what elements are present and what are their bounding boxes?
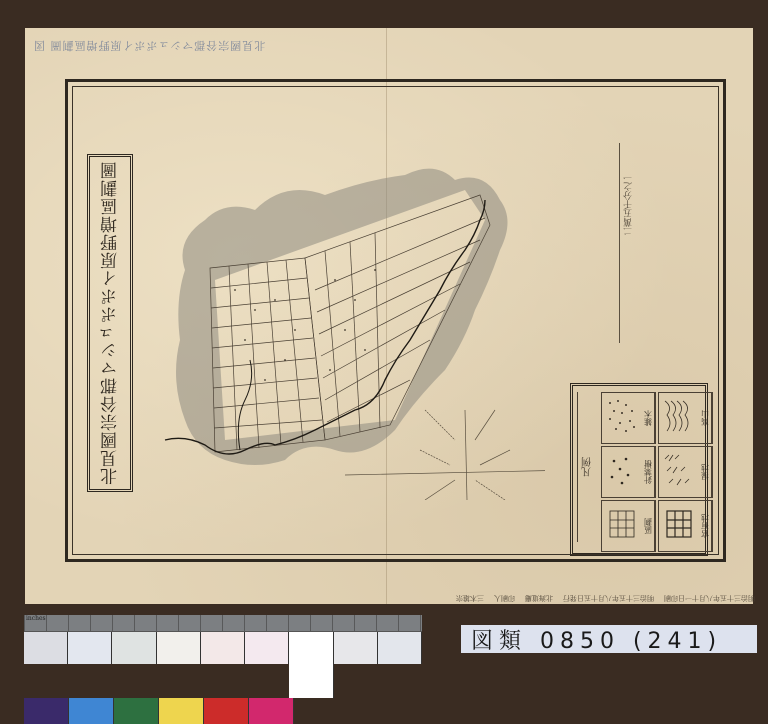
legend-label: 高山 xyxy=(699,393,712,443)
scale-text: 二萬五千分之一 xyxy=(622,173,635,236)
checker-bottom-row xyxy=(24,664,422,724)
legend-item: 湿地 xyxy=(658,446,713,498)
color-patch xyxy=(68,632,112,664)
grid-lot-icon xyxy=(659,501,699,551)
legend-item: 區劃 xyxy=(601,500,656,552)
catalog-label: 図類 0850 (241) xyxy=(461,625,757,653)
left-survey-grid xyxy=(210,258,325,452)
scale-bar: 二萬五千分之一 xyxy=(610,143,630,343)
color-patch xyxy=(378,632,422,664)
legend-item: 針葉樹 xyxy=(601,446,656,498)
pencil-annotation: 北見國宗谷郡マシュポポイ原野増區劃圖 図 xyxy=(33,38,265,54)
legend-item: 雑木 xyxy=(601,392,656,444)
colophon-line: 明治三十五年八月十五日発行 xyxy=(563,593,654,603)
legend-label: 湿地 xyxy=(699,447,712,497)
legend-grid: 雑木 高山 針葉樹 湿地 xyxy=(601,392,699,542)
color-patch xyxy=(69,698,114,724)
colophon-line: 北海道廳 xyxy=(525,593,553,603)
colophon: 明治三十五年八月十一日印刷 明治三十五年八月十五日発行 北海道廳 印刷人 三木雄… xyxy=(375,563,755,603)
dots-dense-icon xyxy=(602,393,642,443)
scale-line xyxy=(619,143,620,343)
grid-icon xyxy=(602,501,642,551)
color-checker: inches xyxy=(24,615,422,724)
hill-shading xyxy=(176,169,508,465)
color-patch xyxy=(249,698,294,724)
marsh-icon xyxy=(659,447,699,497)
ruler-label: inches xyxy=(26,615,46,622)
colophon-line: 明治三十五年八月十一日印刷 xyxy=(664,593,755,603)
color-patch xyxy=(204,698,249,724)
color-patch xyxy=(24,632,68,664)
legend-label: 雑木 xyxy=(642,393,655,443)
title-cartouche: 北見國宗谷郡マシュポポイ原野増區劃圖 xyxy=(87,154,133,492)
legend-label: 官有地 xyxy=(699,501,712,551)
color-patch xyxy=(334,632,378,664)
colophon-line: 印刷人 xyxy=(494,593,515,603)
ruler: inches xyxy=(24,615,422,632)
ruler-ticks xyxy=(24,615,422,631)
survey-map xyxy=(145,140,545,500)
legend-item: 高山 xyxy=(658,392,713,444)
map-title: 北見國宗谷郡マシュポポイ原野増區劃圖 xyxy=(98,161,123,485)
legend-label: 針葉樹 xyxy=(642,447,655,497)
legend-title: 凡例 xyxy=(577,392,598,542)
color-patch xyxy=(201,632,245,664)
dots-sparse-icon xyxy=(602,447,642,497)
color-patch xyxy=(159,698,204,724)
color-patch xyxy=(245,632,289,664)
color-patch xyxy=(114,698,159,724)
legend-box: 凡例 雑木 高山 針葉樹 xyxy=(570,383,708,556)
color-patch xyxy=(24,698,69,724)
colophon-line: 三木雄宗 xyxy=(456,593,484,603)
color-patch xyxy=(157,632,201,664)
legend-label: 區劃 xyxy=(642,501,655,551)
color-patch xyxy=(289,632,333,698)
color-patch xyxy=(112,632,156,664)
hatched-hills-icon xyxy=(659,393,699,443)
legend-item: 官有地 xyxy=(658,500,713,552)
